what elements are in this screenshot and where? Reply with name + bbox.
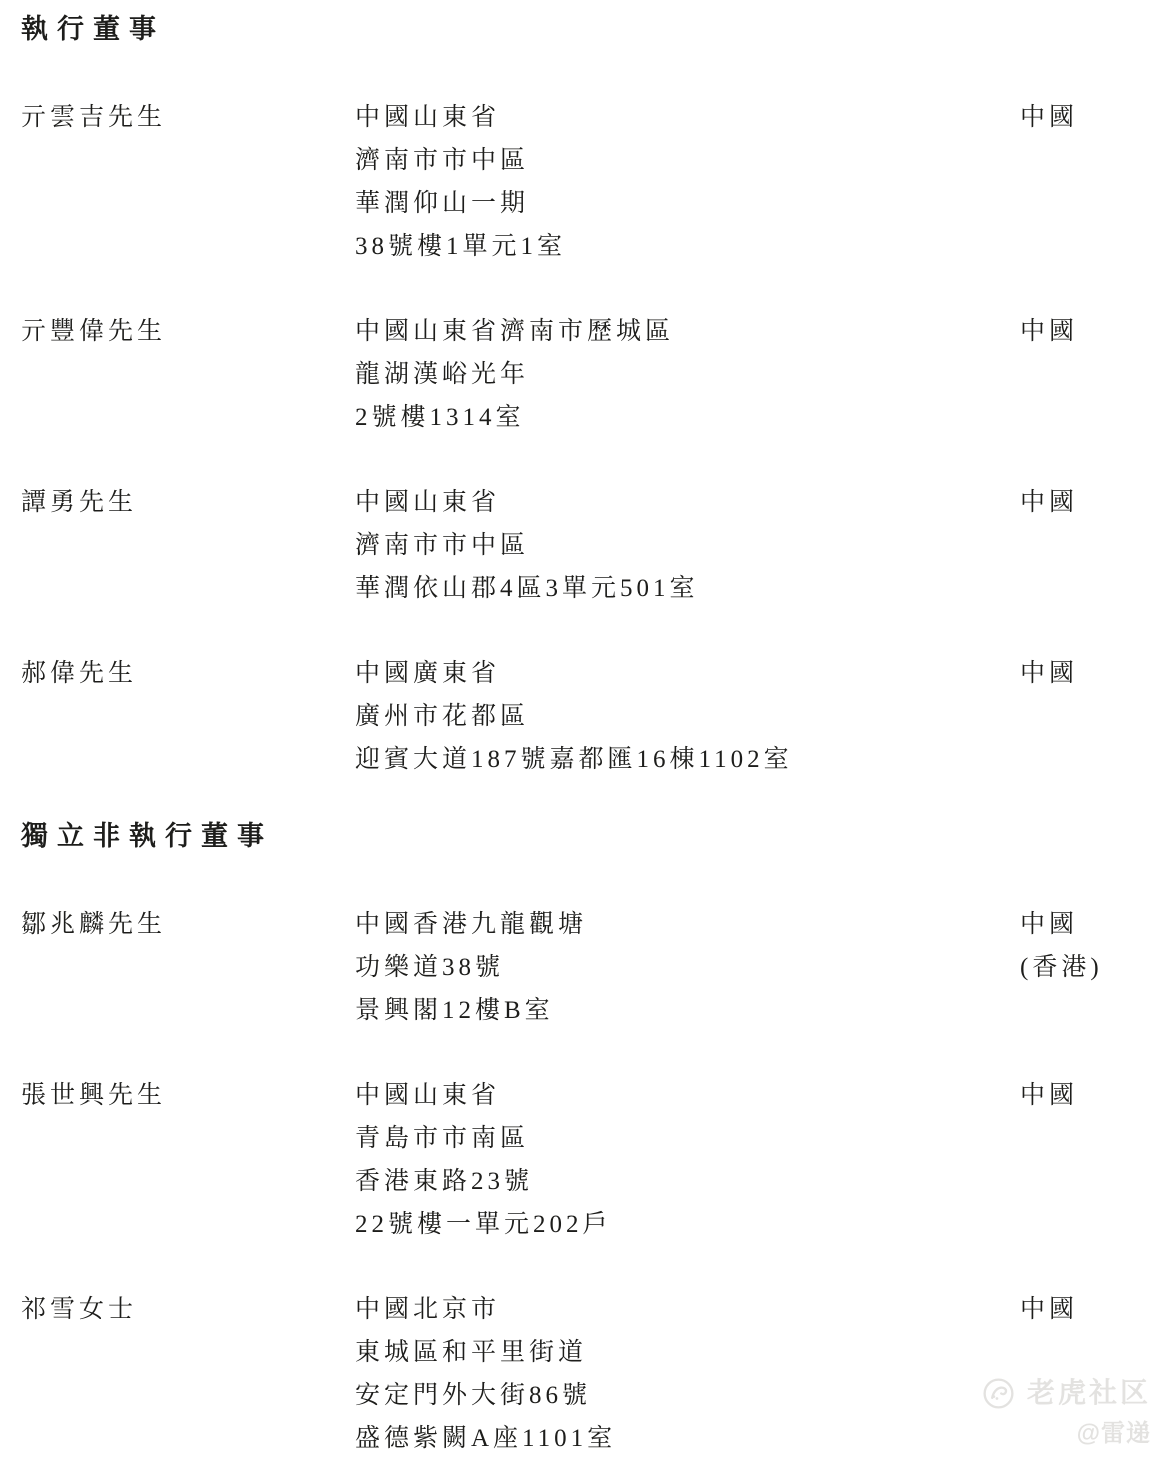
text-line: 青島市市南區 [355,1117,1020,1160]
director-address: 中國山東省濟南市歷城區龍湖漢峪光年2號樓1314室 [355,310,1020,439]
text-line: 中國 [1020,310,1152,353]
directors-address-page: 執行董事 亓雲吉先生 中國山東省濟南市市中區華潤仰山一期38號樓1單元1室 中國… [0,0,1170,1468]
director-name: 祁雪女士 [21,1288,355,1331]
director-name: 鄒兆麟先生 [21,903,355,946]
text-line: 中國 [1020,1288,1152,1331]
director-address: 中國北京市東城區和平里街道安定門外大街86號盛德紫闕A座1101室 [355,1288,1020,1460]
director-name: 張世興先生 [21,1074,355,1117]
director-country: 中國 [1020,310,1152,353]
text-line: 中國廣東省 [355,652,1020,695]
director-row: 亓豐偉先生 中國山東省濟南市歷城區龍湖漢峪光年2號樓1314室 中國 [21,310,1152,439]
section-rows: 亓雲吉先生 中國山東省濟南市市中區華潤仰山一期38號樓1單元1室 中國 亓豐偉先… [21,96,1152,781]
director-address: 中國山東省青島市市南區香港東路23號22號樓一單元202戶 [355,1074,1020,1246]
director-address: 中國山東省濟南市市中區華潤仰山一期38號樓1單元1室 [355,96,1020,268]
director-address: 中國香港九龍觀塘功樂道38號景興閣12樓B室 [355,903,1020,1032]
text-line: 38號樓1單元1室 [355,225,1020,268]
director-country: 中國 [1020,481,1152,524]
director-section: 獨立非執行董事 鄒兆麟先生 中國香港九龍觀塘功樂道38號景興閣12樓B室 中國(… [21,819,1152,1460]
text-line: 中國山東省 [355,1074,1020,1117]
text-line: 華潤仰山一期 [355,182,1020,225]
director-country: 中國 [1020,96,1152,139]
director-name: 亓雲吉先生 [21,96,355,139]
text-line: 功樂道38號 [355,946,1020,989]
text-line: 景興閣12樓B室 [355,989,1020,1032]
text-line: 中國香港九龍觀塘 [355,903,1020,946]
director-address: 中國山東省濟南市市中區華潤依山郡4區3單元501室 [355,481,1020,610]
text-line: 香港東路23號 [355,1160,1020,1203]
section-rows: 鄒兆麟先生 中國香港九龍觀塘功樂道38號景興閣12樓B室 中國(香港) 張世興先… [21,903,1152,1460]
section-heading: 獨立非執行董事 [21,819,1152,853]
director-row: 祁雪女士 中國北京市東城區和平里街道安定門外大街86號盛德紫闕A座1101室 中… [21,1288,1152,1460]
director-country: 中國 [1020,1074,1152,1117]
text-line: 濟南市市中區 [355,139,1020,182]
text-line: 中國山東省 [355,481,1020,524]
text-line: 中國 [1020,1074,1152,1117]
director-name: 亓豐偉先生 [21,310,355,353]
text-line: (香港) [1020,946,1152,989]
text-line: 安定門外大街86號 [355,1374,1020,1417]
text-line: 中國北京市 [355,1288,1020,1331]
text-line: 廣州市花都區 [355,695,1020,738]
director-row: 亓雲吉先生 中國山東省濟南市市中區華潤仰山一期38號樓1單元1室 中國 [21,96,1152,268]
text-line: 華潤依山郡4區3單元501室 [355,567,1020,610]
text-line: 中國 [1020,652,1152,695]
text-line: 22號樓一單元202戶 [355,1203,1020,1246]
section-heading: 執行董事 [21,12,1152,46]
text-line: 中國 [1020,481,1152,524]
director-section: 執行董事 亓雲吉先生 中國山東省濟南市市中區華潤仰山一期38號樓1單元1室 中國… [21,12,1152,781]
text-line: 龍湖漢峪光年 [355,353,1020,396]
director-row: 張世興先生 中國山東省青島市市南區香港東路23號22號樓一單元202戶 中國 [21,1074,1152,1246]
text-line: 中國 [1020,903,1152,946]
director-row: 郝偉先生 中國廣東省廣州市花都區迎賓大道187號嘉都匯16棟1102室 中國 [21,652,1152,781]
director-row: 鄒兆麟先生 中國香港九龍觀塘功樂道38號景興閣12樓B室 中國(香港) [21,903,1152,1032]
text-line: 盛德紫闕A座1101室 [355,1417,1020,1460]
director-country: 中國 [1020,1288,1152,1331]
text-line: 中國山東省濟南市歷城區 [355,310,1020,353]
sections-container: 執行董事 亓雲吉先生 中國山東省濟南市市中區華潤仰山一期38號樓1單元1室 中國… [21,12,1152,1460]
director-name: 譚勇先生 [21,481,355,524]
text-line: 中國 [1020,96,1152,139]
text-line: 東城區和平里街道 [355,1331,1020,1374]
director-row: 譚勇先生 中國山東省濟南市市中區華潤依山郡4區3單元501室 中國 [21,481,1152,610]
director-country: 中國(香港) [1020,903,1152,989]
director-address: 中國廣東省廣州市花都區迎賓大道187號嘉都匯16棟1102室 [355,652,1020,781]
director-name: 郝偉先生 [21,652,355,695]
director-country: 中國 [1020,652,1152,695]
text-line: 迎賓大道187號嘉都匯16棟1102室 [355,738,1020,781]
text-line: 中國山東省 [355,96,1020,139]
text-line: 濟南市市中區 [355,524,1020,567]
text-line: 2號樓1314室 [355,396,1020,439]
